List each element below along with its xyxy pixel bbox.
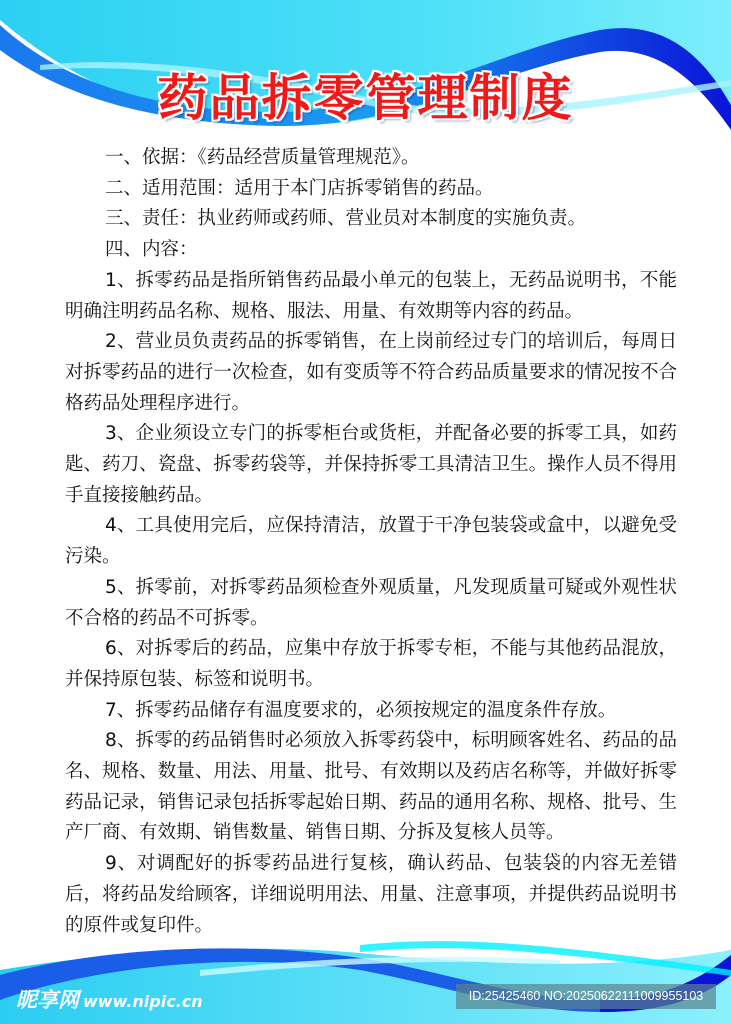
content-item: 8、拆零的药品销售时必须放入拆零药袋中，标明顾客姓名、药品的品名、规格、数量、用…	[65, 726, 677, 849]
content-item: 2、营业员负责药品的拆零销售，在上岗前经过专门的培训后，每周日对拆零药品的进行一…	[65, 327, 677, 419]
document-body: 一、依据：《药品经营质量管理规范》。 二、适用范围：适用于本门店拆零销售的药品。…	[65, 143, 677, 941]
section-scope: 二、适用范围：适用于本门店拆零销售的药品。	[65, 174, 677, 205]
content-item: 5、拆零前，对拆零药品须检查外观质量，凡发现质量可疑或外观性状不合格的药品不可拆…	[65, 573, 677, 634]
section-content-heading: 四、内容：	[65, 235, 677, 266]
section-basis: 一、依据：《药品经营质量管理规范》。	[65, 143, 677, 174]
content-item: 1、拆零药品是指所销售药品最小单元的包装上，无药品说明书，不能明确注明药品名称、…	[65, 266, 677, 327]
content-item: 3、企业须设立专门的拆零柜台或货柜，并配备必要的拆零工具，如药匙、药刀、瓷盘、拆…	[65, 419, 677, 511]
content-item: 6、对拆零后的药品，应集中存放于拆零专柜，不能与其他药品混放，并保持原包装、标签…	[65, 634, 677, 695]
content-item: 4、工具使用完后，应保持清洁，放置于干净包装袋或盒中，以避免受污染。	[65, 511, 677, 572]
logo-text: 昵享网	[16, 988, 79, 1012]
section-responsibility: 三、责任：执业药师或药师、营业员对本制度的实施负责。	[65, 204, 677, 235]
document-title: 药品拆零管理制度	[0, 58, 731, 130]
image-id-watermark: ID:25425460 NO:20250622111009955103	[456, 984, 716, 1009]
content-item: 7、拆零药品储存有温度要求的，必须按规定的温度条件存放。	[65, 696, 677, 727]
nipic-watermark-logo: 昵享网www.nipic.cn	[16, 984, 203, 1014]
content-item: 9、对调配好的拆零药品进行复核，确认药品、包装袋的内容无差错后，将药品发给顾客，…	[65, 849, 677, 941]
logo-url: www.nipic.cn	[83, 992, 203, 1011]
